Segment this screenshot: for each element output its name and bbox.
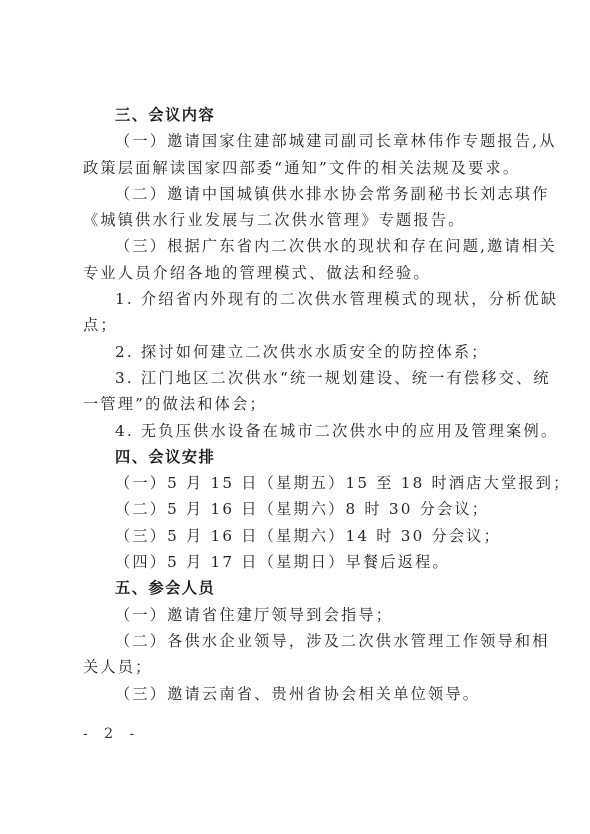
list-item-line: 2. 探讨如何建立二次供水水质安全的防控体系； — [83, 339, 515, 365]
attendee-item: （一）邀请省住建厅领导到会指导； — [83, 602, 515, 628]
document-body: 三、会议内容 （一）邀请国家住建部城建司副司长章林伟作专题报告,从 政策层面解读… — [83, 102, 515, 707]
list-item-line: 一管理”的做法和体会； — [83, 391, 515, 417]
paragraph-line: （一）邀请国家住建部城建司副司长章林伟作专题报告,从 — [83, 128, 515, 154]
section-heading-meeting-schedule: 四、会议安排 — [83, 444, 515, 470]
list-item-line: 3. 江门地区二次供水“统一规划建设、统一有偿移交、统 — [83, 365, 515, 391]
attendee-item: （三）邀请云南省、贵州省协会相关单位领导。 — [83, 681, 515, 707]
schedule-item: （二）5 月 16 日（星期六）8 时 30 分会议； — [83, 496, 515, 522]
paragraph-line: 政策层面解读国家四部委“通知”文件的相关法规及要求。 — [83, 155, 515, 181]
list-item-line: 4. 无负压供水设备在城市二次供水中的应用及管理案例。 — [83, 418, 515, 444]
list-item-line: 1. 介绍省内外现有的二次供水管理模式的现状，分析优缺 — [83, 286, 515, 312]
attendee-item: 关人员； — [83, 654, 515, 680]
document-page: 三、会议内容 （一）邀请国家住建部城建司副司长章林伟作专题报告,从 政策层面解读… — [0, 0, 590, 834]
paragraph-line: 《城镇供水行业发展与二次供水管理》专题报告。 — [83, 207, 515, 233]
schedule-item: （一）5 月 15 日（星期五）15 至 18 时酒店大堂报到； — [83, 470, 515, 496]
attendee-item: （二）各供水企业领导，涉及二次供水管理工作领导和相 — [83, 628, 515, 654]
page-number: - 2 - — [83, 726, 140, 742]
section-heading-attendees: 五、参会人员 — [83, 575, 515, 601]
paragraph-line: （三）根据广东省内二次供水的现状和存在问题,邀请相关 — [83, 233, 515, 259]
paragraph-line: （二）邀请中国城镇供水排水协会常务副秘书长刘志琪作 — [83, 181, 515, 207]
paragraph-line: 专业人员介绍各地的管理模式、做法和经验。 — [83, 260, 515, 286]
schedule-item: （四）5 月 17 日（星期日）早餐后返程。 — [83, 549, 515, 575]
schedule-item: （三）5 月 16 日（星期六）14 时 30 分会议； — [83, 523, 515, 549]
list-item-line: 点； — [83, 312, 515, 338]
section-heading-meeting-content: 三、会议内容 — [83, 102, 515, 128]
